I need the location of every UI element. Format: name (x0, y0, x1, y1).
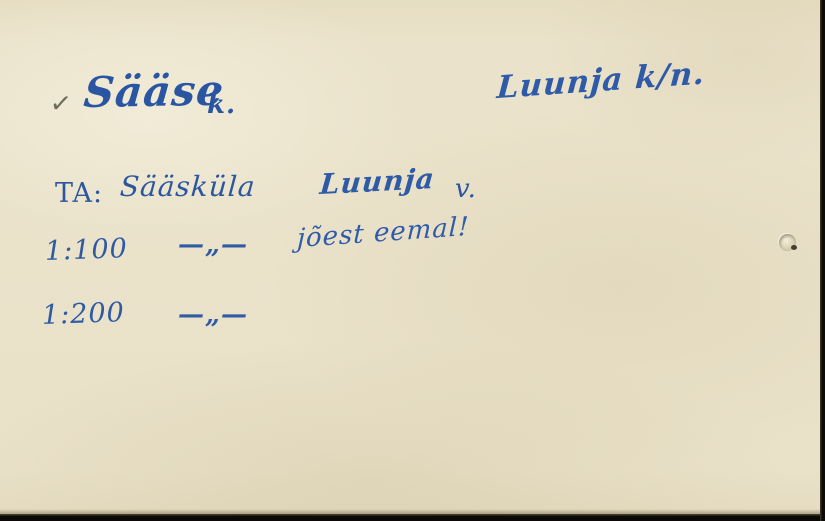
ditto-mark: —„— (178, 230, 248, 260)
parish-name: Luunja (319, 162, 437, 201)
ditto-mark: —„— (178, 300, 248, 330)
scale-value: 1:200 (41, 297, 125, 331)
index-card: ✓ Sääse k. Luunja k/n. TA: Sääsküla Luun… (0, 0, 825, 521)
parish-abbreviation: v. (455, 174, 477, 204)
source-label: TA: (55, 178, 103, 209)
punch-hole-dot (791, 245, 797, 250)
place-name: Sääse (82, 66, 226, 118)
checkmark-icon: ✓ (48, 88, 73, 120)
scan-bottom-edge (0, 514, 825, 521)
place-qualifier: k. (207, 90, 236, 120)
village-name: Sääsküla (119, 170, 257, 203)
scan-right-edge (820, 0, 825, 521)
scale-value: 1:100 (44, 233, 128, 267)
admin-unit: Luunja k/n. (496, 55, 707, 106)
location-note: jõest eemal! (296, 212, 469, 254)
